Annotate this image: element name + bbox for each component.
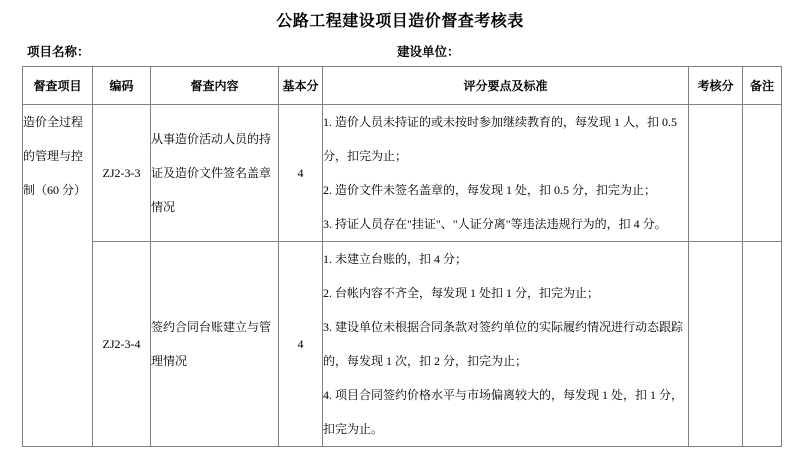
assessment-table: 督查项目 编码 督查内容 基本分 评分要点及标准 考核分 备注 造价全过程 的管… xyxy=(22,66,782,447)
criteria-item: 2. 造价文件未签名盖章的，每发现 1 处，扣 0.5 分，扣完为止； xyxy=(323,173,688,207)
criteria-item: 4. 项目合同签约价格水平与市场偏离较大的，每发现 1 处，扣 1 分，扣完为止… xyxy=(323,378,688,446)
criteria-item: 1. 未建立台账的，扣 4 分； xyxy=(323,242,688,276)
document-page: 公路工程建设项目造价督查考核表 项目名称： 建设单位： 督查项目 编码 督查内容… xyxy=(0,0,800,456)
criteria-item: 3. 建设单位未根据合同条款对签约单位的实际履约情况进行动态跟踪的，每发现 1 … xyxy=(323,310,688,378)
cell-assessment-score xyxy=(689,242,743,447)
cell-criteria: 1. 造价人员未持证的或未按时参加继续教育的，每发现 1 人，扣 0.5 分，扣… xyxy=(323,105,689,242)
cell-remark xyxy=(743,105,782,242)
construction-unit-label: 建设单位： xyxy=(397,42,460,60)
table-row: 造价全过程 的管理与控 制（60 分） ZJ2-3-3 从事造价活动人员的持 证… xyxy=(23,105,782,242)
cell-content: 从事造价活动人员的持 证及造价文件签名盖章 情况 xyxy=(151,105,279,242)
cell-code: ZJ2-3-4 xyxy=(93,242,151,447)
cell-assessment-score xyxy=(689,105,743,242)
header-code: 编码 xyxy=(93,67,151,105)
cell-base-score: 4 xyxy=(279,105,323,242)
table-header-row: 督查项目 编码 督查内容 基本分 评分要点及标准 考核分 备注 xyxy=(23,67,782,105)
table-row: ZJ2-3-4 签约合同台账建立与管 理情况 4 1. 未建立台账的，扣 4 分… xyxy=(23,242,782,447)
criteria-item: 3. 持证人员存在"挂证"、"人证分离"等违法违规行为的，扣 4 分。 xyxy=(323,207,688,241)
cell-base-score: 4 xyxy=(279,242,323,447)
header-assessment-score: 考核分 xyxy=(689,67,743,105)
criteria-item: 1. 造价人员未持证的或未按时参加继续教育的，每发现 1 人，扣 0.5 分，扣… xyxy=(323,105,688,173)
cell-code: ZJ2-3-3 xyxy=(93,105,151,242)
criteria-item: 2. 台帐内容不齐全，每发现 1 处扣 1 分，扣完为止； xyxy=(323,276,688,310)
cell-criteria: 1. 未建立台账的，扣 4 分； 2. 台帐内容不齐全，每发现 1 处扣 1 分… xyxy=(323,242,689,447)
document-title: 公路工程建设项目造价督查考核表 xyxy=(0,8,800,31)
project-name-label: 项目名称： xyxy=(27,42,90,60)
header-supervision-content: 督查内容 xyxy=(151,67,279,105)
header-supervision-item: 督查项目 xyxy=(23,67,93,105)
header-scoring-criteria: 评分要点及标准 xyxy=(323,67,689,105)
header-remarks: 备注 xyxy=(743,67,782,105)
cell-remark xyxy=(743,242,782,447)
cell-content: 签约合同台账建立与管 理情况 xyxy=(151,242,279,447)
header-base-score: 基本分 xyxy=(279,67,323,105)
cell-category: 造价全过程 的管理与控 制（60 分） xyxy=(23,105,93,447)
